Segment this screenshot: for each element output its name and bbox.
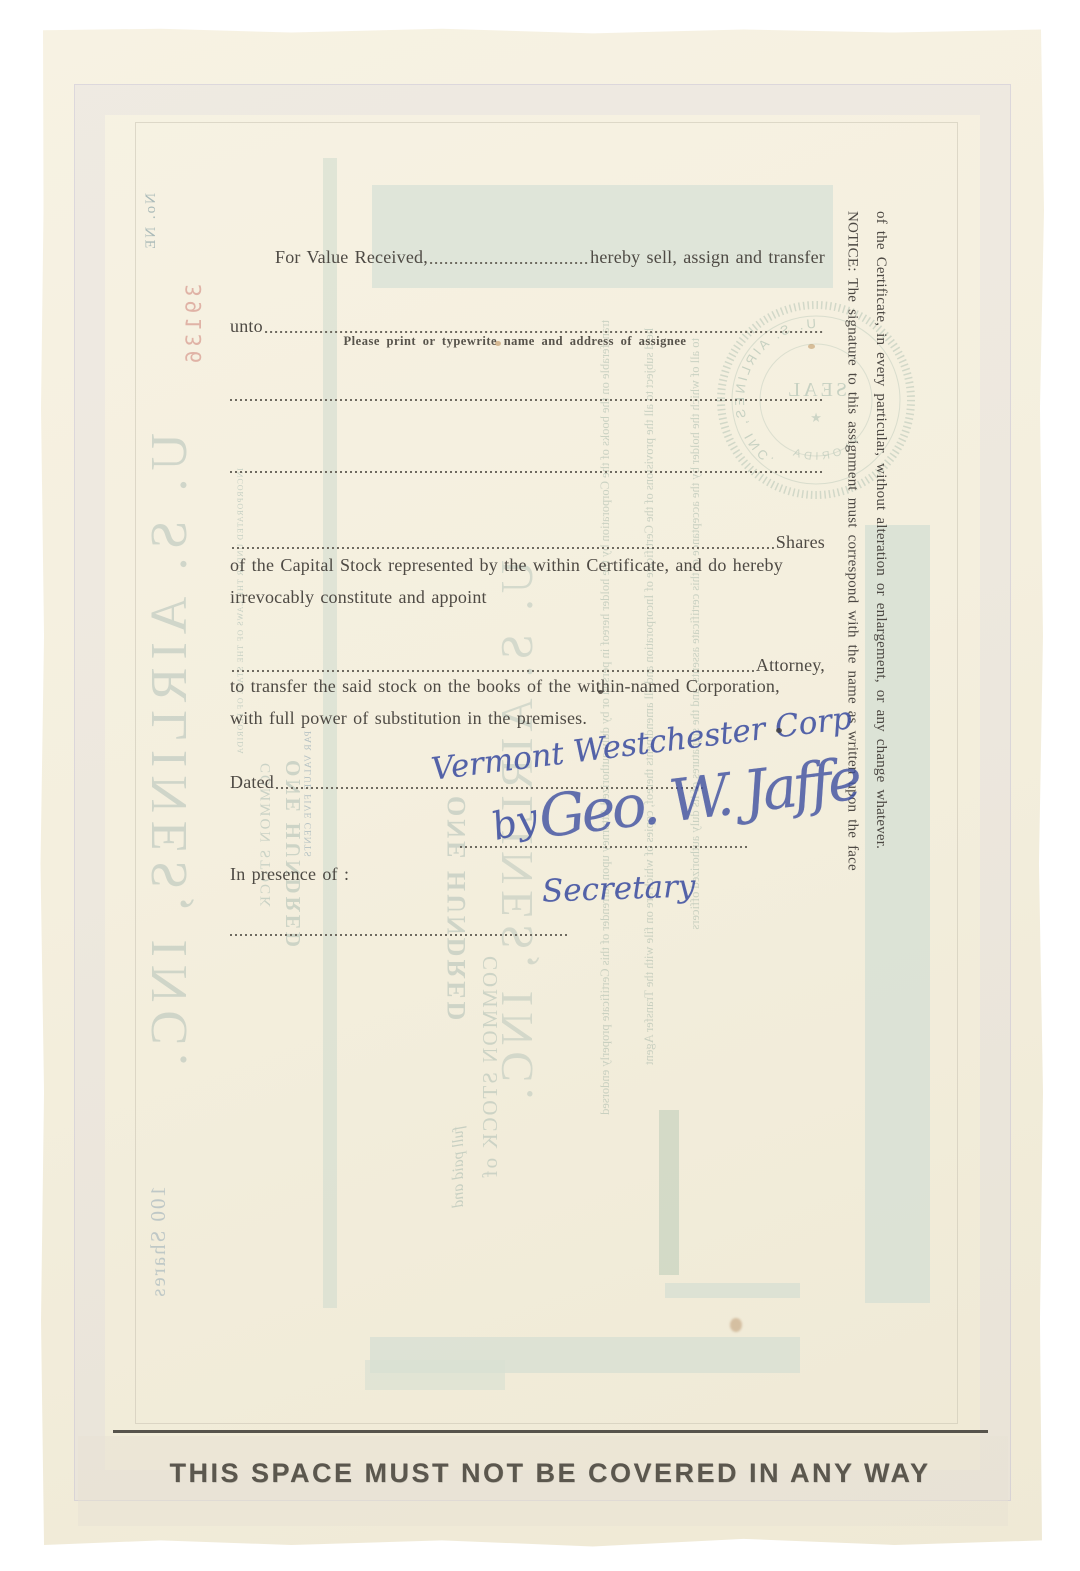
- paper-stain: [808, 344, 815, 349]
- showthrough-strip-bottom-3: [365, 1360, 505, 1390]
- attorney-line: Attorney,: [230, 648, 825, 676]
- paper-stain: [730, 1318, 742, 1332]
- showthrough-one-hundred-left: ONE HUNDRED: [281, 760, 306, 1050]
- sell-assign-text: hereby sell, assign and transfer: [590, 247, 825, 268]
- shares-label: Shares: [776, 532, 825, 553]
- unto-label: unto: [230, 316, 263, 337]
- fill-in-line: [430, 262, 588, 264]
- witness-line: [230, 934, 568, 936]
- showthrough-cert-number: 39136: [182, 284, 206, 414]
- ink-speck: [776, 728, 782, 733]
- blank-line-2: [230, 471, 825, 473]
- assignee-caption: Please print or typewrite name and addre…: [300, 334, 730, 349]
- showthrough-common-stock-small: COMMON STOCK: [258, 763, 275, 1023]
- paper-stain: [495, 341, 501, 346]
- capital-stock-text-1: of the Capital Stock represented by the …: [230, 555, 783, 576]
- attorney-label: Attorney,: [756, 655, 825, 676]
- showthrough-common-stock-center: COMMON STOCK of: [478, 956, 503, 1326]
- notice-line-2: of the Certificate, in every particular,…: [867, 211, 896, 1006]
- value-received-line: For Value Received, hereby sell, assign …: [275, 240, 825, 268]
- notice-sidebar: NOTICE: The signature to this assignment…: [838, 211, 902, 1006]
- showthrough-panel-top: [372, 185, 833, 288]
- blank-line-1: [230, 399, 825, 401]
- footer-warning-text: THIS SPACE MUST NOT BE COVERED IN ANY WA…: [115, 1458, 985, 1489]
- showthrough-cert-no-prefix: No. NE: [143, 193, 160, 353]
- seal-star-icon: ★: [810, 410, 822, 425]
- value-received-label: For Value Received,: [275, 247, 428, 268]
- shares-count-line: [232, 547, 774, 549]
- showthrough-100-shares: 100 Shares: [146, 1186, 171, 1411]
- in-presence-label: In presence of :: [230, 864, 349, 885]
- transfer-text-1: to transfer the said stock on the books …: [230, 676, 780, 697]
- dated-label: Dated: [230, 772, 274, 793]
- assignee-name-line: [265, 331, 823, 333]
- showthrough-full-paid: full paid and: [450, 1126, 468, 1341]
- handwritten-title: Secretary: [541, 868, 696, 909]
- capital-stock-text-2: irrevocably constitute and appoint: [230, 587, 487, 608]
- ink-speck: [598, 690, 603, 694]
- transfer-text-2: with full power of substitution in the p…: [230, 708, 587, 729]
- showthrough-one-hundred-center: ONE HUNDRED: [442, 796, 472, 1111]
- attorney-name-line: [232, 670, 754, 672]
- footer-rule: [113, 1430, 988, 1433]
- showthrough-strip-bottom-1: [665, 1283, 800, 1298]
- unto-line: unto: [230, 309, 825, 337]
- notice-line-1: NOTICE: The signature to this assignment…: [838, 211, 867, 1006]
- certificate-back-paper: No. NE 39136 U. S. AIRLINES, INC. INCORP…: [40, 28, 1045, 1548]
- shares-line: Shares: [230, 525, 825, 553]
